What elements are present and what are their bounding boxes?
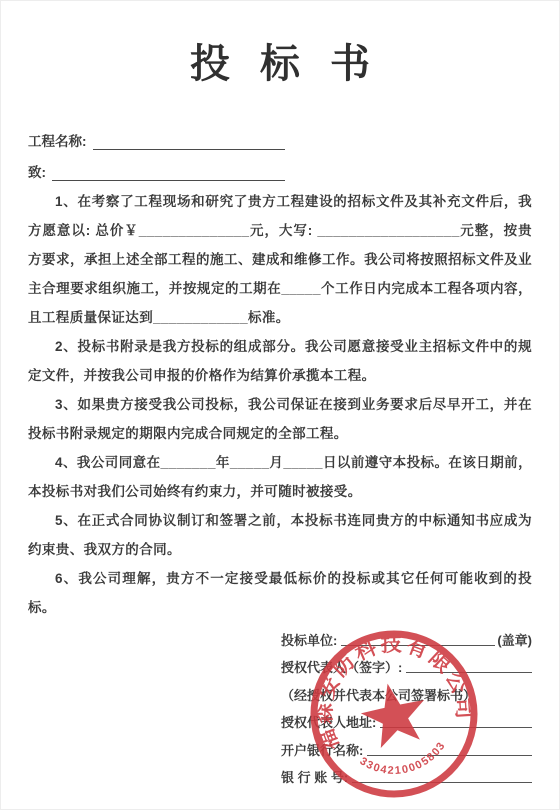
bidder-unit-blank-line <box>341 645 495 646</box>
project-name-row: 工程名称: <box>28 128 532 150</box>
authorized-representative-blank-line <box>406 672 532 673</box>
document-title: 投标书 <box>0 32 560 89</box>
authorized-representative-label: 授权代表人（签字）: <box>281 657 402 676</box>
clauses: 1、在考察了工程现场和研究了贵方工程建设的招标文件及其补充文件后，我方愿意以: … <box>28 187 532 622</box>
representative-address-blank-line <box>380 727 532 728</box>
to-row: 致: <box>28 159 532 181</box>
representative-address-row: 授权代表人地址: <box>281 704 532 732</box>
bidder-unit-label: 投标单位: <box>281 630 337 649</box>
document-page: 投标书 工程名称: 致: 1、在考察了工程现场和研究了贵方工程建设的招标文件及其… <box>0 0 560 810</box>
bank-account-row: 银 行 账 号: <box>281 759 532 787</box>
to-blank-line <box>52 164 285 181</box>
bank-account-blank-line <box>352 782 532 783</box>
bidder-unit-row: 投标单位: (盖章) <box>281 621 532 649</box>
clause-5: 5、在正式合同协议制订和签署之前，本投标书连同贵方的中标通知书应成为约束贵、我双… <box>28 506 532 564</box>
clause-4: 4、我公司同意在_______年_____月_____日以前遵守本投标。在该日期… <box>28 448 532 506</box>
bank-name-row: 开户银行名称: <box>281 731 532 759</box>
header-fields: 工程名称: 致: <box>28 128 532 190</box>
bank-name-blank-line <box>367 755 532 756</box>
bank-name-label: 开户银行名称: <box>281 740 363 759</box>
clause-6: 6、我公司理解，贵方不一定接受最低标价的投标或其它任何可能收到的投标。 <box>28 564 532 622</box>
to-label: 致: <box>28 161 46 181</box>
seal-suffix-label: (盖章) <box>497 630 532 649</box>
project-name-blank-line <box>93 133 285 150</box>
project-name-label: 工程名称: <box>28 130 87 150</box>
clause-3: 3、如果贵方接受我公司投标，我公司保证在接到业务要求后尽早开工，并在投标书附录规… <box>28 390 532 448</box>
authorization-note: （经授权并代表本公司签署标书） <box>281 685 476 704</box>
bank-account-label: 银 行 账 号: <box>281 767 348 786</box>
clause-1: 1、在考察了工程现场和研究了贵方工程建设的招标文件及其补充文件后，我方愿意以: … <box>28 187 532 332</box>
signature-block: 投标单位: (盖章) 授权代表人（签字）: （经授权并代表本公司签署标书） 授权… <box>281 621 532 786</box>
representative-address-label: 授权代表人地址: <box>281 712 376 731</box>
authorization-note-row: （经授权并代表本公司签署标书） <box>281 676 532 704</box>
clause-2: 2、投标书附录是我方投标的组成部分。我公司愿意接受业主招标文件中的规定文件，并按… <box>28 332 532 390</box>
authorized-representative-row: 授权代表人（签字）: <box>281 649 532 677</box>
